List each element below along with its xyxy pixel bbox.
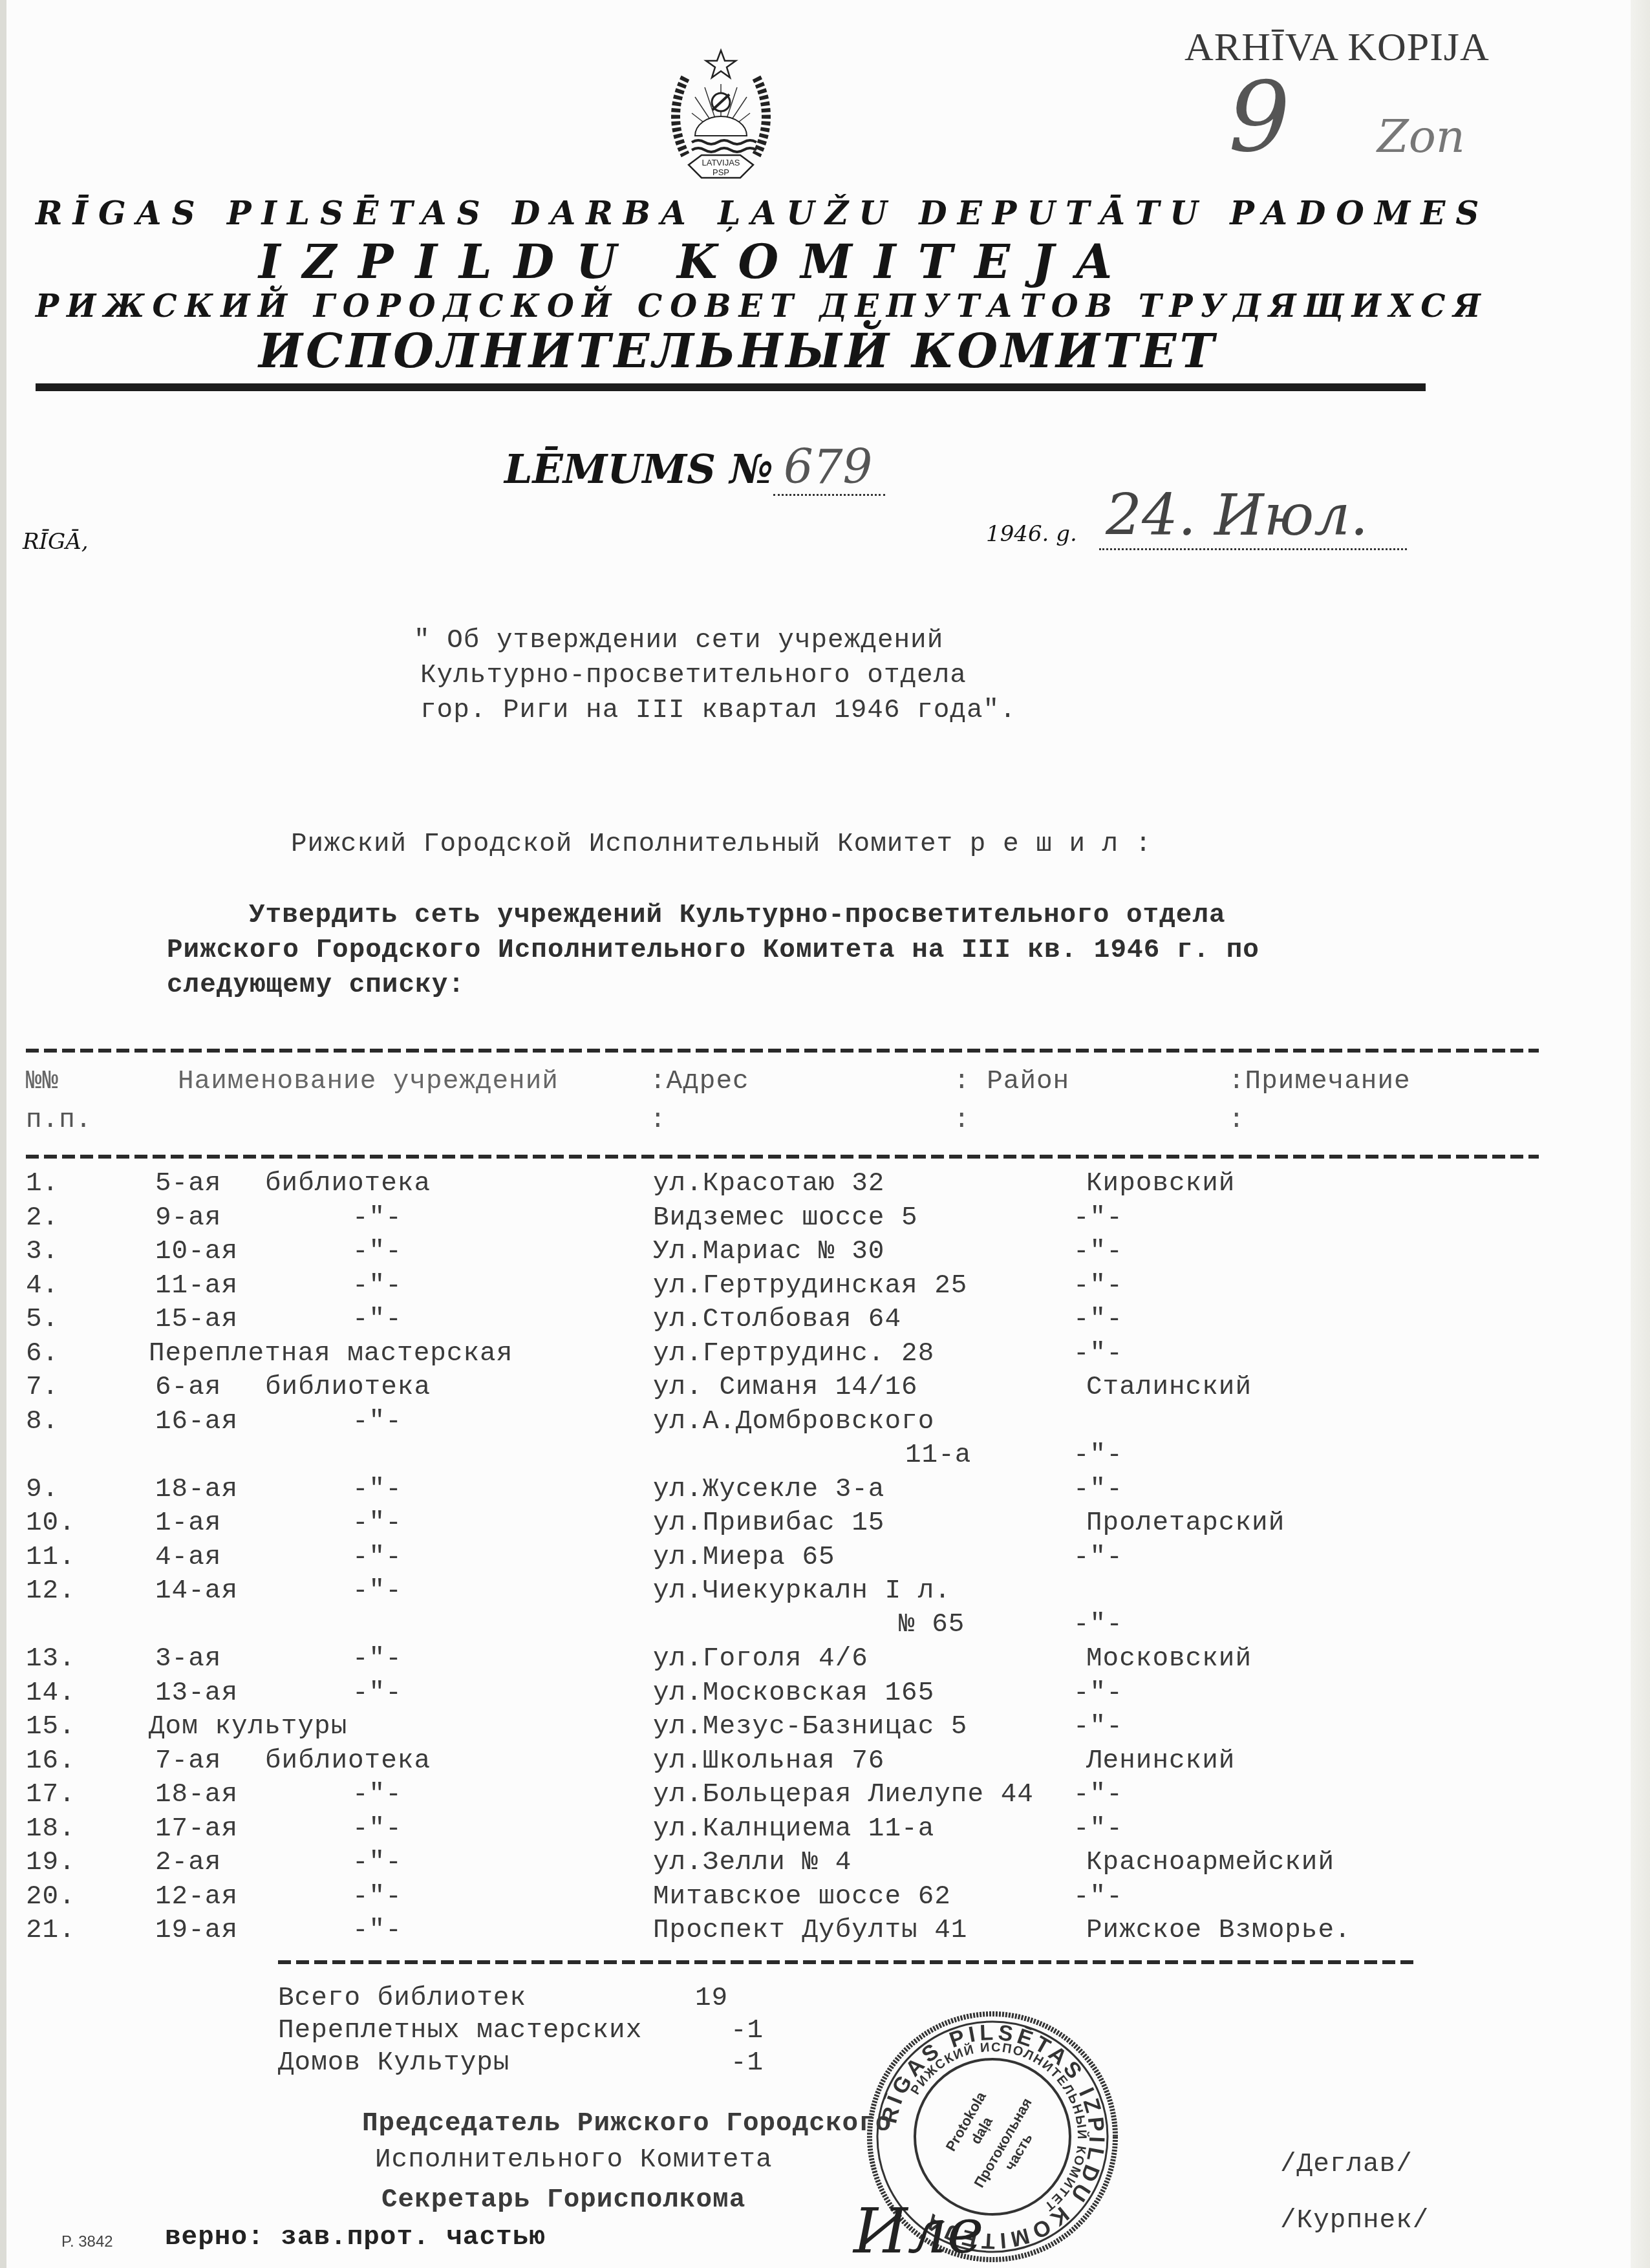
institution-type: -"- <box>352 1882 402 1912</box>
institution-type: -"- <box>352 1271 402 1301</box>
address: Проспект Дубулты 41 <box>653 1916 967 1945</box>
coat-of-arms-icon: LATVIJAS PSP <box>659 45 782 184</box>
address: Ул.Мариас № 30 <box>653 1237 884 1267</box>
secretary-name: /Курпнек/ <box>1280 2206 1429 2236</box>
table-row: 5.15-ая-"-ул.Столбовая 64-"- <box>0 1305 1650 1337</box>
district: -"- <box>1073 1203 1123 1233</box>
header-name: Наименование учреждений <box>178 1067 559 1097</box>
row-number: 1. <box>26 1169 59 1199</box>
table-row: 11.4-ая-"-ул.Миера 65-"- <box>0 1543 1650 1575</box>
address: ул.Зелли № 4 <box>653 1848 852 1878</box>
chair-title-line2: Исполнительного Комитета <box>375 2145 773 2175</box>
table-row: 12.14-ая-"-ул.Чиекуркалн I л.№ 65-"- <box>0 1576 1650 1609</box>
district: -"- <box>1073 1475 1123 1504</box>
district: Кировский <box>1086 1169 1235 1199</box>
row-number: 17. <box>26 1780 76 1810</box>
institution-type: -"- <box>352 1407 402 1437</box>
address: Митавское шоссе 62 <box>653 1882 951 1912</box>
resolution-line3: следующему списку: <box>167 970 465 1000</box>
institution-type: библиотека <box>265 1373 431 1402</box>
institution-name: Дом культуры <box>149 1712 347 1742</box>
district: -"- <box>1073 1678 1123 1708</box>
institution-type: -"- <box>352 1305 402 1334</box>
institution-name: 9-ая <box>155 1203 221 1233</box>
table-bottom-rule <box>278 1960 1416 1964</box>
decision-label: LĒMUMS №679 <box>504 440 885 496</box>
chair-title-line1: Председатель Рижского Городского <box>362 2109 892 2139</box>
document-page: ARHĪVA KOPIJA 9 Zon LATVIJAS PSP RĪGAS P… <box>0 0 1650 2268</box>
handwritten-page-number: 9 <box>1228 61 1290 174</box>
header-sep: : <box>650 1106 667 1135</box>
institution-name: 13-ая <box>155 1678 238 1708</box>
address-continued: № 65 <box>899 1610 965 1640</box>
institution-type: -"- <box>352 1203 402 1233</box>
total-label: Всего библиотек <box>278 1984 526 2013</box>
handwritten-mark: Zon <box>1377 110 1465 163</box>
district: Красноармейский <box>1086 1848 1334 1878</box>
address: ул.Гертрудинс. 28 <box>653 1339 934 1369</box>
institution-type: -"- <box>352 1780 402 1810</box>
institution-name: 2-ая <box>155 1848 221 1878</box>
table-row: 21.19-ая-"-Проспект Дубулты 41Рижское Вз… <box>0 1916 1650 1948</box>
table-row: 18.17-ая-"-ул.Калнциема 11-а-"- <box>0 1814 1650 1846</box>
row-number: 19. <box>26 1848 76 1878</box>
row-number: 9. <box>26 1475 59 1504</box>
row-number: 16. <box>26 1746 76 1776</box>
total-value: 19 <box>695 1984 728 2013</box>
verified-label: верно: зав.прот. частью <box>165 2223 546 2252</box>
institution-name: 10-ая <box>155 1237 238 1267</box>
header-note: :Примечание <box>1228 1067 1411 1097</box>
institution-name: 14-ая <box>155 1576 238 1606</box>
chair-name: /Деглав/ <box>1280 2150 1413 2179</box>
resolution-line2: Рижского Городского Исполнительного Коми… <box>167 936 1259 965</box>
header-num-line2: п.п. <box>26 1106 92 1135</box>
address: ул.Калнциема 11-а <box>653 1814 934 1844</box>
district: -"- <box>1073 1305 1123 1334</box>
district: -"- <box>1073 1543 1123 1572</box>
date-handwritten: 24. Июл. <box>1099 482 1407 550</box>
institution-name: 11-ая <box>155 1271 238 1301</box>
institution-name: 17-ая <box>155 1814 238 1844</box>
address: ул.Миера 65 <box>653 1543 835 1572</box>
header-num: №№ <box>26 1067 59 1097</box>
row-number: 15. <box>26 1712 76 1742</box>
institution-name: 16-ая <box>155 1407 238 1437</box>
address: ул.А.Домбровского <box>653 1407 934 1437</box>
address: ул.Московская 165 <box>653 1678 934 1708</box>
row-number: 14. <box>26 1678 76 1708</box>
subject-line3: гор. Риги на III квартал 1946 года". <box>420 696 1016 725</box>
table-row: 16.7-аябиблиотекаул.Школьная 76Ленинский <box>0 1746 1650 1779</box>
address: ул.Гертрудинская 25 <box>653 1271 967 1301</box>
handwritten-signature: Иле <box>853 2195 984 2267</box>
table-row: 4.11-ая-"-ул.Гертрудинская 25-"- <box>0 1271 1650 1303</box>
svg-text:LATVIJAS: LATVIJAS <box>702 158 740 167</box>
table-row: 1.5-аябиблиотекаул.Красотаю 32Кировский <box>0 1169 1650 1201</box>
district: -"- <box>1073 1339 1123 1369</box>
institution-name: 15-ая <box>155 1305 238 1334</box>
institution-name: 4-ая <box>155 1543 221 1572</box>
row-number: 2. <box>26 1203 59 1233</box>
date-year-label: 1946. g. <box>986 521 1077 547</box>
header-address: :Адрес <box>650 1067 749 1097</box>
district: Сталинский <box>1086 1373 1252 1402</box>
table-header-rule <box>26 1155 1539 1159</box>
table-row: 10.1-ая-"-ул.Привибас 15Пролетарский <box>0 1508 1650 1541</box>
total-label: Переплетных мастерских <box>278 2016 642 2046</box>
district: -"- <box>1073 1712 1123 1742</box>
institution-name: 18-ая <box>155 1780 238 1810</box>
header-district: : Район <box>954 1067 1069 1097</box>
header-sep: : <box>954 1106 970 1135</box>
row-number: 18. <box>26 1814 76 1844</box>
letterhead-line3: РИЖСКИЙ ГОРОДСКОЙ СОВЕТ ДЕПУТАТОВ ТРУДЯЩ… <box>36 288 1488 325</box>
district: -"- <box>1073 1440 1123 1470</box>
district: Ленинский <box>1086 1746 1235 1776</box>
row-number: 3. <box>26 1237 59 1267</box>
table-row: 14.13-ая-"-ул.Московская 165-"- <box>0 1678 1650 1711</box>
table-row: 6.Переплетная мастерскаяул.Гертрудинс. 2… <box>0 1339 1650 1371</box>
row-number: 4. <box>26 1271 59 1301</box>
institution-type: библиотека <box>265 1746 431 1776</box>
secretary-title: Секретарь Горисполкома <box>381 2185 745 2215</box>
row-number: 6. <box>26 1339 59 1369</box>
institution-type: -"- <box>352 1576 402 1606</box>
address: ул.Мезус-Базницас 5 <box>653 1712 967 1742</box>
table-row: 13.3-ая-"-ул.Гоголя 4/6Московский <box>0 1644 1650 1676</box>
district: -"- <box>1073 1814 1123 1844</box>
table-row: 20.12-ая-"-Митавское шоссе 62-"- <box>0 1882 1650 1914</box>
letterhead-rule <box>36 383 1426 391</box>
district: -"- <box>1073 1610 1123 1640</box>
table-row: 17.18-ая-"-ул.Больцерая Лиелупе 44-"- <box>0 1780 1650 1812</box>
institution-type: -"- <box>352 1678 402 1708</box>
institution-name: 7-ая <box>155 1746 221 1776</box>
district: -"- <box>1073 1237 1123 1267</box>
institution-name: 18-ая <box>155 1475 238 1504</box>
address: ул.Жусекле 3-а <box>653 1475 884 1504</box>
institution-name: 19-ая <box>155 1916 238 1945</box>
district: Пролетарский <box>1086 1508 1285 1538</box>
total-value: -1 <box>731 2048 764 2078</box>
svg-text:PSP: PSP <box>712 167 729 177</box>
table-row: 2.9-ая-"-Видземес шоссе 5-"- <box>0 1203 1650 1236</box>
total-label: Домов Культуры <box>278 2048 509 2078</box>
row-number: 5. <box>26 1305 59 1334</box>
institution-name: 12-ая <box>155 1882 238 1912</box>
address: ул.Школьная 76 <box>653 1746 884 1776</box>
address: ул. Симаня 14/16 <box>653 1373 918 1402</box>
subject-line2: Культурно-просветительного отдела <box>420 661 967 690</box>
address: ул.Гоголя 4/6 <box>653 1644 868 1674</box>
institution-type: -"- <box>352 1475 402 1504</box>
resolution-line1: Утвердить сеть учреждений Культурно-прос… <box>249 901 1226 930</box>
district: -"- <box>1073 1882 1123 1912</box>
address: ул.Больцерая Лиелупе 44 <box>653 1780 1034 1810</box>
institution-type: -"- <box>352 1644 402 1674</box>
district: Московский <box>1086 1644 1252 1674</box>
row-number: 12. <box>26 1576 76 1606</box>
institution-type: -"- <box>352 1508 402 1538</box>
row-number: 7. <box>26 1373 59 1402</box>
resolution-heading: Рижский Городской Исполнительный Комитет… <box>291 829 1152 859</box>
row-number: 11. <box>26 1543 76 1572</box>
table-row: 9.18-ая-"-ул.Жусекле 3-а-"- <box>0 1475 1650 1507</box>
place-label: RĪGĀ, <box>23 529 89 555</box>
institution-name: 3-ая <box>155 1644 221 1674</box>
institution-name: 6-ая <box>155 1373 221 1402</box>
decision-number: 679 <box>773 440 885 496</box>
table-row: 8.16-ая-"-ул.А.Домбровского11-а-"- <box>0 1407 1650 1439</box>
address: ул.Красотаю 32 <box>653 1169 884 1199</box>
letterhead-line2: IZPILDU KOMITEJA <box>259 234 1134 289</box>
address: ул.Привибас 15 <box>653 1508 884 1538</box>
institution-type: -"- <box>352 1848 402 1878</box>
district: -"- <box>1073 1271 1123 1301</box>
row-number: 10. <box>26 1508 76 1538</box>
district: -"- <box>1073 1780 1123 1810</box>
district: Рижское Взморье. <box>1086 1916 1351 1945</box>
institution-name: 5-ая <box>155 1169 221 1199</box>
table-row: 15.Дом культурыул.Мезус-Базницас 5-"- <box>0 1712 1650 1744</box>
total-value: -1 <box>731 2016 764 2046</box>
header-sep: : <box>1228 1106 1245 1135</box>
address: Видземес шоссе 5 <box>653 1203 918 1233</box>
institution-type: -"- <box>352 1916 402 1945</box>
institution-name: Переплетная мастерская <box>149 1339 513 1369</box>
subject-line1: " Об утверждении сети учреждений <box>414 626 943 656</box>
institution-type: -"- <box>352 1237 402 1267</box>
institution-type: -"- <box>352 1814 402 1844</box>
table-top-rule <box>26 1049 1539 1053</box>
table-row: 7.6-аябиблиотекаул. Симаня 14/16Сталинск… <box>0 1373 1650 1405</box>
table-row: 3.10-ая-"-Ул.Мариас № 30-"- <box>0 1237 1650 1269</box>
address-continued: 11-а <box>905 1440 971 1470</box>
letterhead-line1: RĪGAS PILSĒTAS DARBA ĻAUŽU DEPUTĀTU PADO… <box>36 194 1489 232</box>
institution-type: -"- <box>352 1543 402 1572</box>
address: ул.Столбовая 64 <box>653 1305 901 1334</box>
institution-type: библиотека <box>265 1169 431 1199</box>
row-number: 8. <box>26 1407 59 1437</box>
table-row: 19.2-ая-"-ул.Зелли № 4Красноармейский <box>0 1848 1650 1880</box>
institution-name: 1-ая <box>155 1508 221 1538</box>
row-number: 21. <box>26 1916 76 1945</box>
form-code: P. 3842 <box>61 2233 113 2251</box>
address: ул.Чиекуркалн I л. <box>653 1576 951 1606</box>
row-number: 13. <box>26 1644 76 1674</box>
row-number: 20. <box>26 1882 76 1912</box>
letterhead-line4: ИСПОЛНИТЕЛЬНЫЙ КОМИТЕТ <box>259 323 1217 378</box>
